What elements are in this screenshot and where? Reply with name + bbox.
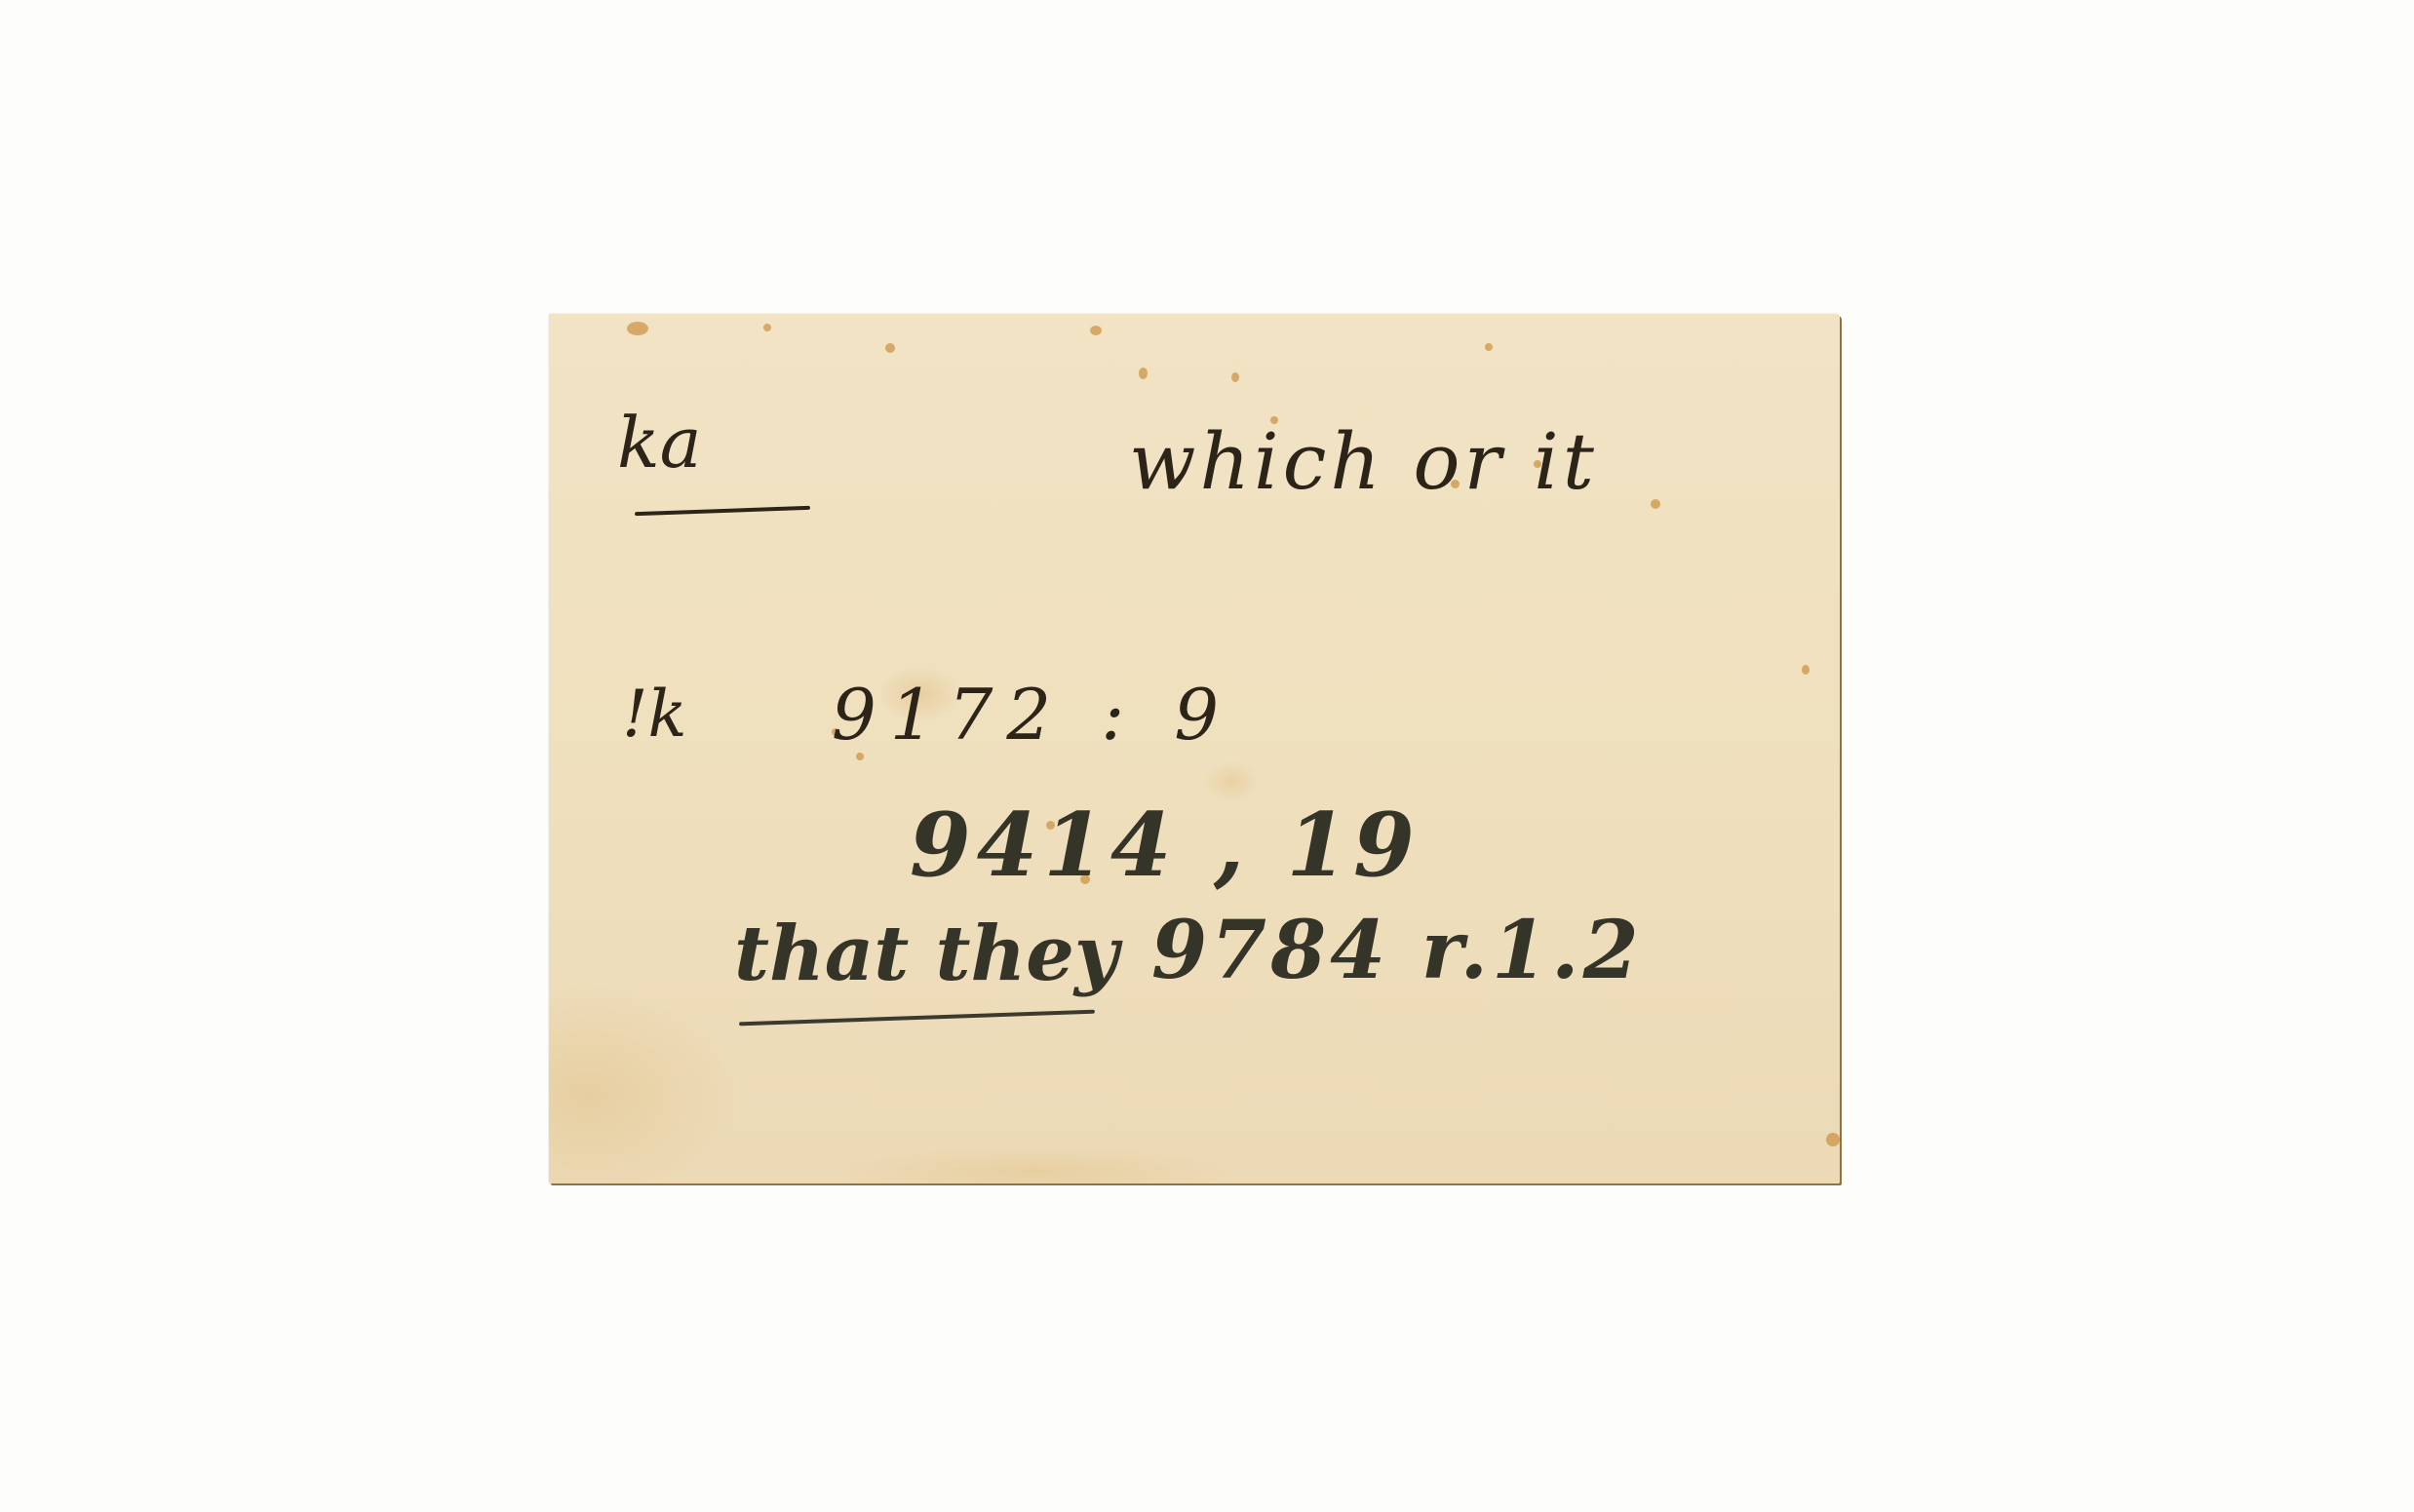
stain-spot: [763, 324, 771, 331]
gloss-text: which or it: [1129, 423, 1598, 501]
phrase-underline: [739, 1010, 1095, 1027]
stain-spot: [1826, 1133, 1840, 1146]
reference-2: 9414 , 19: [910, 801, 1421, 889]
stain-spot: [1802, 665, 1810, 675]
stain-spot: [1139, 368, 1148, 379]
stain-spot: [1231, 372, 1239, 382]
stain-spot: [1651, 499, 1660, 509]
index-card: ka which or it !k 9172 : 9 9414 , 19 tha…: [549, 314, 1840, 1183]
stain-spot: [627, 322, 648, 335]
reference-3: 9784 r.1.2: [1151, 911, 1643, 990]
heading-ka: ka: [617, 407, 702, 478]
phrase-text: that they: [734, 916, 1118, 992]
stain-spot: [1090, 326, 1102, 335]
mark-text: !k: [622, 682, 687, 747]
reference-1: 9172 : 9: [832, 679, 1232, 750]
heading-underline: [635, 506, 810, 516]
stain-spot: [1485, 343, 1493, 351]
stain-spot: [885, 343, 895, 353]
